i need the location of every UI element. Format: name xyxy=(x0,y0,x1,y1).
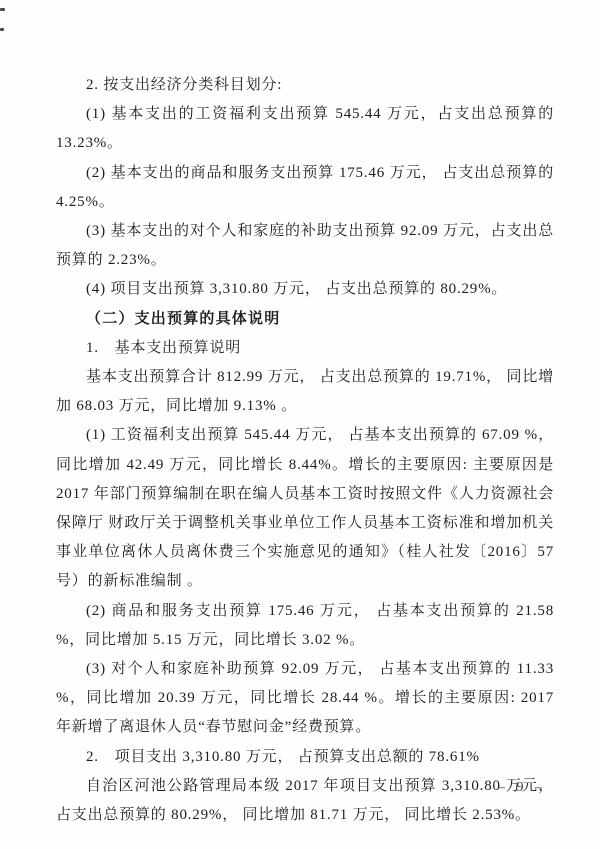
paragraph-wage-welfare-detail: (1) 工资福利支出预算 545.44 万元， 占基本支出预算的 67.09 %… xyxy=(56,421,554,596)
paragraph-project-expenditure-title: 2. 项目支出 3,310.80 万元， 占预算支出总额的 78.61% xyxy=(56,743,554,772)
paragraph-goods-services-detail: (2) 商品和服务支出预算 175.46 万元， 占基本支出预算的 21.58 … xyxy=(56,597,554,655)
page-footer: – 9 – xyxy=(0,778,546,796)
heading-expenditure-budget-details: （二）支出预算的具体说明 xyxy=(56,305,554,334)
scan-artifact xyxy=(0,28,4,31)
paragraph-basic-expenditure-total: 基本支出预算合计 812.99 万元， 占支出总预算的 19.71%， 同比增加… xyxy=(56,363,554,421)
paragraph-basic-individual-family-subsidy: (3) 基本支出的对个人和家庭的补助支出预算 92.09 万元，占支出总预算的 … xyxy=(56,217,554,275)
paragraph-individual-family-detail: (3) 对个人和家庭补助预算 92.09 万元， 占基本支出预算的 11.33 … xyxy=(56,655,554,743)
paragraph-basic-wage-welfare: (1) 基本支出的工资福利支出预算 545.44 万元，占支出总预算的 13.2… xyxy=(56,100,554,158)
document-body: 2. 按支出经济分类科目划分: (1) 基本支出的工资福利支出预算 545.44… xyxy=(56,71,554,830)
paragraph-project-expenditure-budget: (4) 项目支出预算 3,310.80 万元， 占支出总预算的 80.29%。 xyxy=(56,275,554,304)
paragraph-basic-expenditure-note-title: 1. 基本支出预算说明 xyxy=(56,334,554,363)
paragraph-expense-classification-intro: 2. 按支出经济分类科目划分: xyxy=(56,71,554,100)
paragraph-basic-goods-services: (2) 基本支出的商品和服务支出预算 175.46 万元， 占支出总预算的 4.… xyxy=(56,159,554,217)
document-page: 2. 按支出经济分类科目划分: (1) 基本支出的工资福利支出预算 545.44… xyxy=(0,0,600,849)
scan-artifact xyxy=(0,8,5,11)
page-number: – 9 – xyxy=(498,780,546,795)
